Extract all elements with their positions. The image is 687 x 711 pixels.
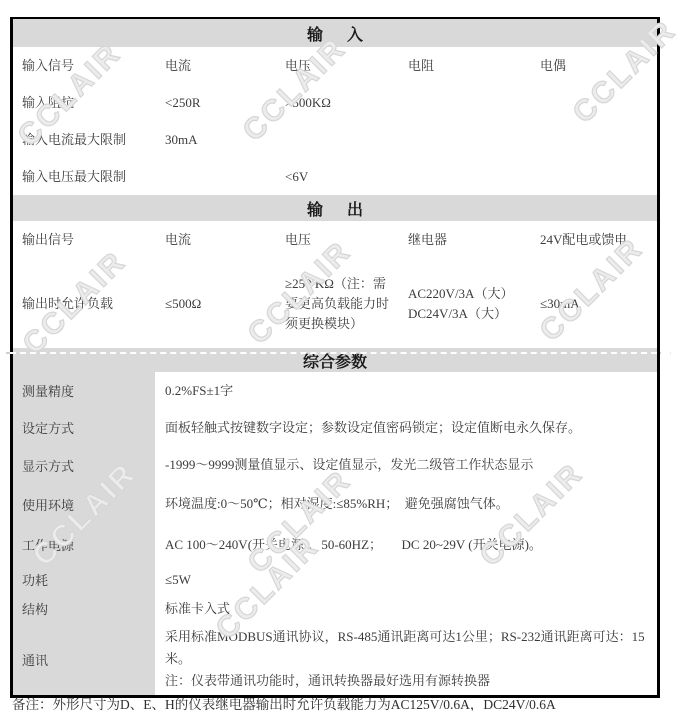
param-value: 标准卡入式: [155, 594, 657, 623]
param-row: 设定方式 面板轻触式按键数字设定；参数设定值密码锁定；设定值断电永久保存。: [13, 409, 657, 446]
param-row: 使用环境 环境温度:0～50℃；相对湿度:≤85%RH； 避免强腐蚀气体。: [13, 484, 657, 524]
cell-value: 电流: [165, 56, 285, 76]
param-label: 结构: [13, 594, 155, 623]
param-value: 0.2%FS±1字: [155, 372, 657, 409]
section-title-output: 输 出: [297, 197, 373, 220]
cell-value: <6V: [285, 167, 408, 187]
table-row: 输入信号 电流 电压 电阻 电偶: [13, 47, 657, 84]
param-label: 通讯: [13, 623, 155, 695]
page-break-dash-left: [0, 352, 10, 354]
param-row: 测量精度 0.2%FS±1字: [13, 372, 657, 409]
cell-value: AC220V/3A（大） DC24V/3A（大）: [408, 284, 540, 324]
cell-value: 继电器: [408, 230, 540, 250]
cell-value: ≥250 KΩ（注：需要更高负载能力时须更换模块）: [285, 274, 408, 334]
section-header-output: 输 出: [13, 195, 657, 221]
cell-value: ≤30mA: [540, 294, 657, 314]
param-row: 功耗 ≤5W: [13, 565, 657, 594]
param-value: 环境温度:0～50℃；相对湿度:≤85%RH； 避免强腐蚀气体。: [155, 484, 657, 524]
section-title-input: 输 入: [297, 22, 373, 45]
cell-value: 24V配电或馈电: [540, 230, 657, 250]
section-title-general: 综合参数: [303, 349, 367, 372]
cell-value: <250R: [165, 93, 285, 113]
table-row: 输入阻抗 <250R >500KΩ: [13, 84, 657, 121]
table-row: 输出时允许负载 ≤500Ω ≥250 KΩ（注：需要更高负载能力时须更换模块） …: [13, 259, 657, 348]
spec-table: 输 入 输入信号 电流 电压 电阻 电偶 输入阻抗 <250R >500KΩ 输…: [10, 17, 660, 698]
footer-note: 备注：外形尺寸为D、E、H的仪表继电器输出时允许负载能力为AC125V/0.6A…: [12, 693, 682, 711]
table-row: 输出信号 电流 电压 继电器 24V配电或馈电: [13, 221, 657, 259]
param-value: 面板轻触式按键数字设定；参数设定值密码锁定；设定值断电永久保存。: [155, 409, 657, 446]
table-row: 输入电压最大限制 <6V: [13, 158, 657, 195]
param-row: 工作电源 AC 100～240V(开关电源)，50-60HZ； DC 20~29…: [13, 524, 657, 565]
param-label: 显示方式: [13, 446, 155, 484]
cell-value: ≤500Ω: [165, 294, 285, 314]
cell-value: 电压: [285, 56, 408, 76]
cell-value: >500KΩ: [285, 93, 408, 113]
param-value: 采用标准MODBUS通讯协议，RS-485通讯距离可达1公里；RS-232通讯距…: [155, 623, 657, 695]
param-row: 显示方式 -1999～9999测量值显示、设定值显示，发光二级管工作状态显示: [13, 446, 657, 484]
row-label: 输入电压最大限制: [13, 167, 165, 187]
page-break-dash-right: [660, 352, 687, 354]
param-value: ≤5W: [155, 565, 657, 594]
row-label: 输出时允许负载: [13, 294, 165, 314]
param-label: 设定方式: [13, 409, 155, 446]
cell-value: 电流: [165, 230, 285, 250]
cell-line: AC220V/3A（大）: [408, 284, 540, 304]
cell-line: DC24V/3A（大）: [408, 304, 540, 324]
param-label: 使用环境: [13, 484, 155, 524]
cell-value: 电阻: [408, 56, 540, 76]
param-value-note: 注：仪表带通讯功能时，通讯转换器最好选用有源转换器: [165, 670, 651, 692]
param-row: 通讯 采用标准MODBUS通讯协议，RS-485通讯距离可达1公里；RS-232…: [13, 623, 657, 695]
param-label: 测量精度: [13, 372, 155, 409]
row-label: 输出信号: [13, 230, 165, 250]
param-label: 工作电源: [13, 524, 155, 565]
section-header-general: 综合参数: [13, 348, 657, 372]
param-value: AC 100～240V(开关电源)，50-60HZ； DC 20~29V (开关…: [155, 524, 657, 565]
table-row: 输入电流最大限制 30mA: [13, 121, 657, 158]
row-label: 输入信号: [13, 56, 165, 76]
cell-value: 电压: [285, 230, 408, 250]
row-label: 输入电流最大限制: [13, 130, 165, 150]
param-value-main: 采用标准MODBUS通讯协议，RS-485通讯距离可达1公里；RS-232通讯距…: [165, 626, 651, 670]
row-label: 输入阻抗: [13, 93, 165, 113]
cell-value: 电偶: [540, 56, 657, 76]
cell-value: 30mA: [165, 130, 285, 150]
param-row: 结构 标准卡入式: [13, 594, 657, 623]
param-label: 功耗: [13, 565, 155, 594]
param-value: -1999～9999测量值显示、设定值显示，发光二级管工作状态显示: [155, 446, 657, 484]
section-header-input: 输 入: [13, 19, 657, 47]
